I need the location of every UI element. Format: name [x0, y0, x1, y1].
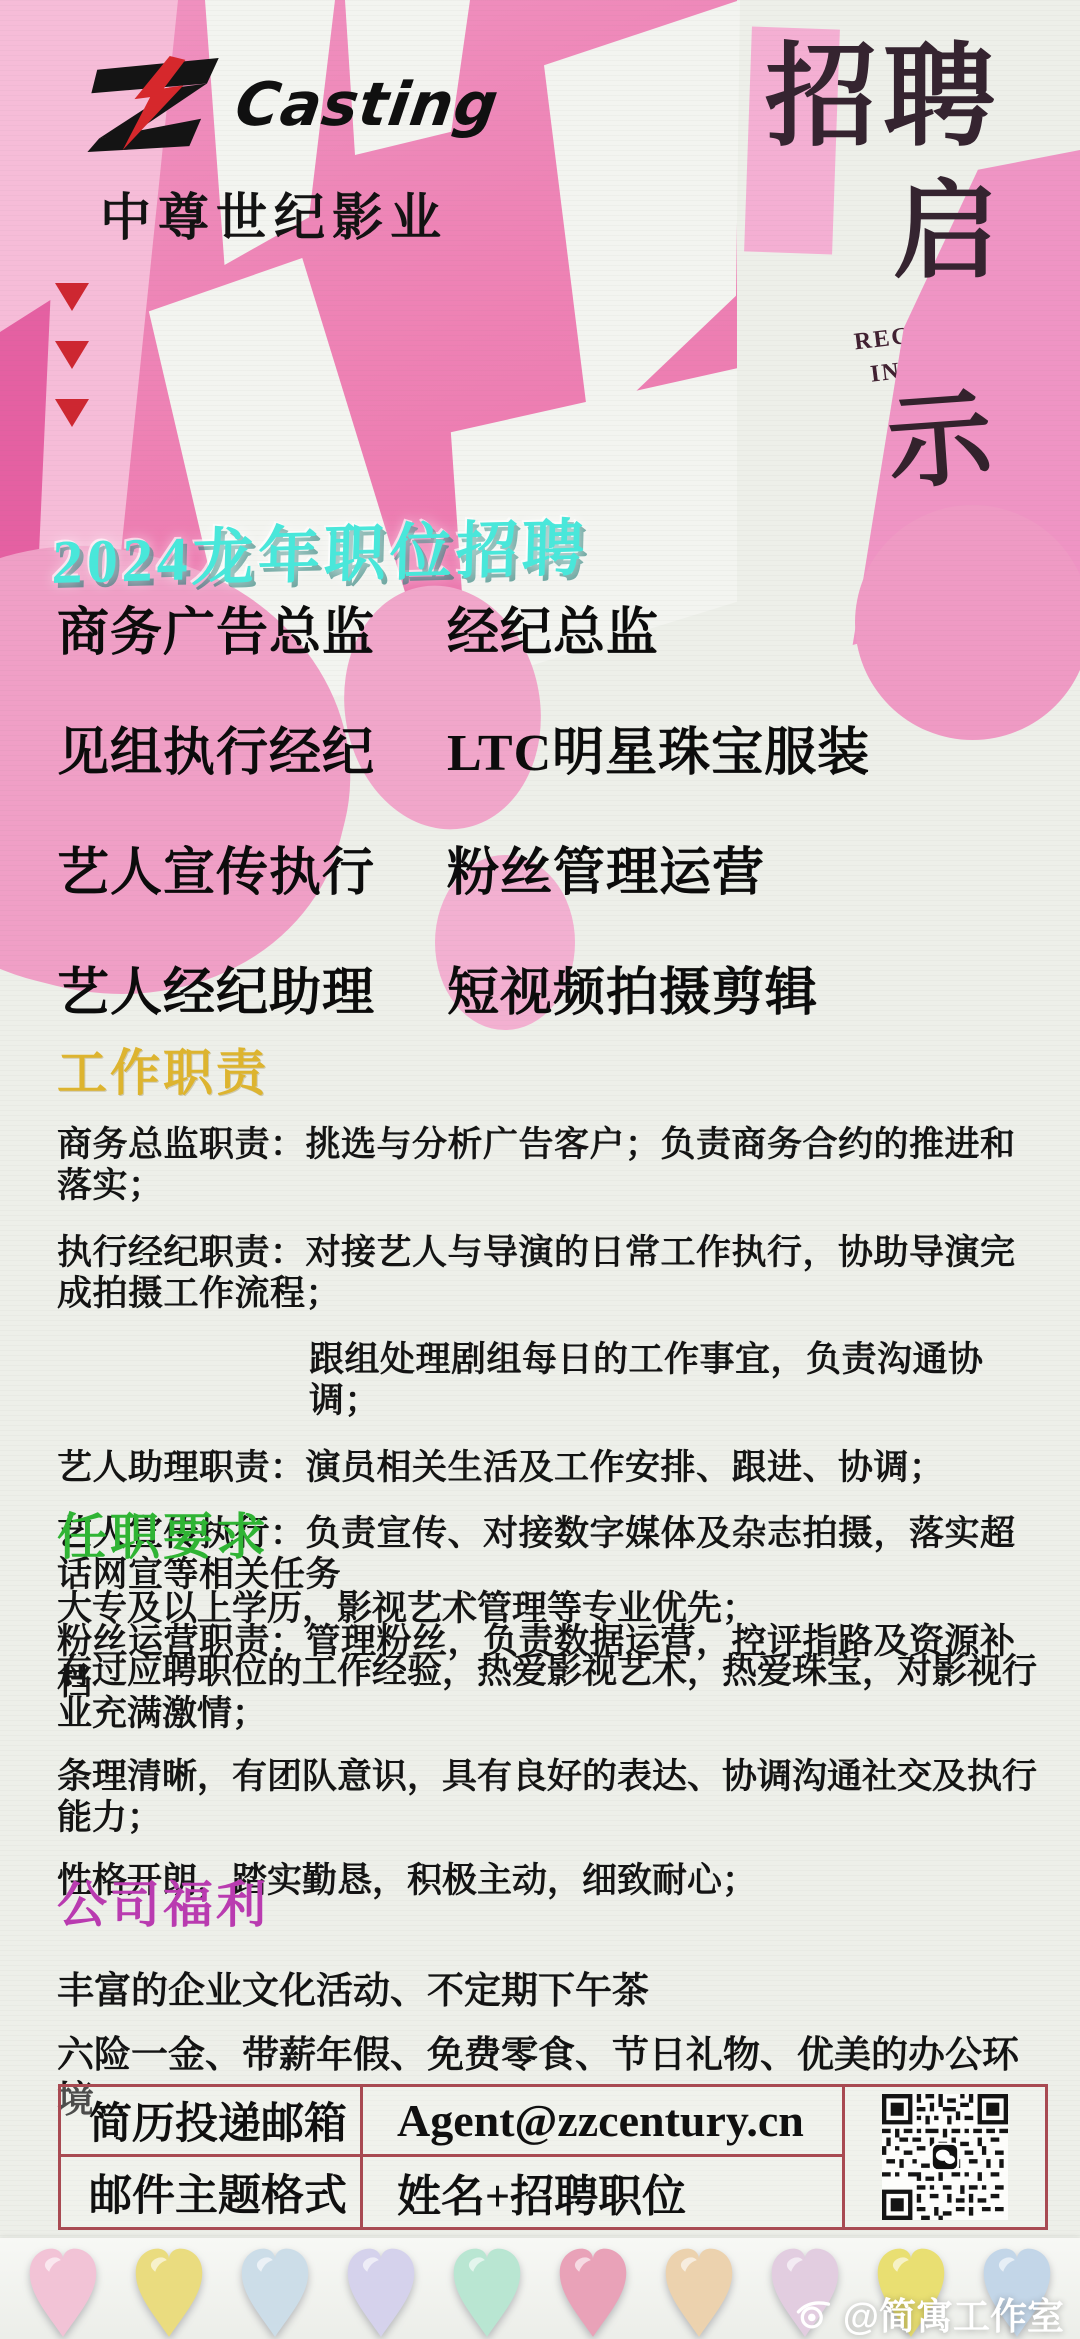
wechat-qr-code [845, 2087, 1045, 2227]
poster-title: 2024龙年职位招聘 [51, 498, 589, 601]
position-item: 艺人宣传执行 [57, 847, 447, 900]
positions-list: 商务广告总监 经纪总监 见组执行经纪 LTC明星珠宝服装 艺人宣传执行 粉丝管理… [57, 607, 1017, 1020]
requirement-line: 有过应聘职位的工作经验，热爱影视艺术，热爱珠宝，对影视行业充满激情； [57, 1651, 1047, 1734]
position-item: 经纪总监 [447, 607, 1017, 660]
position-item: 商务广告总监 [57, 607, 447, 660]
company-name: 中尊世纪影业 [100, 176, 448, 250]
heart-icon [126, 2245, 212, 2339]
responsibility-label: 执行经纪职责： [57, 1233, 306, 1272]
responsibility-line: 执行经纪职责：对接艺人与导演的日常工作执行，协助导演完成拍摄工作流程； [57, 1232, 1047, 1315]
position-item: 短视频拍摄剪辑 [447, 967, 1017, 1020]
benefits-header: 公司福利 [57, 1880, 1047, 1930]
heart-icon [20, 2245, 106, 2339]
responsibility-label: 艺人助理职责： [57, 1448, 306, 1487]
contact-subject-value: 姓名+招聘职位 [363, 2157, 845, 2227]
requirement-line: 大专及以上学历，影视艺术管理等专业优先； [57, 1588, 1047, 1629]
contact-label-email: 简历投递邮箱 [61, 2087, 363, 2157]
watermark: @简寓工作室 [794, 2286, 1064, 2339]
requirements-header: 任职要求 [57, 1512, 1047, 1562]
responsibilities-header: 工作职责 [57, 1048, 1047, 1098]
heart-icon [656, 2245, 742, 2339]
position-item: 粉丝管理运营 [447, 847, 1017, 900]
qr-code-icon [882, 2094, 1008, 2220]
position-item: 艺人经纪助理 [57, 967, 447, 1020]
requirements-section: 任职要求 大专及以上学历，影视艺术管理等专业优先； 有过应聘职位的工作经验，热爱… [57, 1512, 1047, 1924]
responsibility-line: 商务总监职责：挑选与分析广告客户；负责商务合约的推进和落实； [57, 1124, 1047, 1207]
responsibility-line-continued: 跟组处理剧组每日的工作事宜，负责沟通协调； [57, 1339, 1047, 1422]
contact-label-subject: 邮件主题格式 [61, 2157, 363, 2227]
responsibility-text: 演员相关生活及工作安排、跟进、协调； [306, 1448, 945, 1487]
masthead-qi: 启 [893, 180, 999, 286]
masthead-shi: 示 [884, 386, 995, 497]
masthead-zhaopin: 招聘 [765, 42, 1001, 154]
benefit-line: 丰富的企业文化活动、不定期下午茶 [57, 1970, 1047, 2014]
heart-icon [550, 2245, 636, 2339]
red-triangle-icon [55, 399, 89, 427]
responsibility-label: 商务总监职责： [57, 1125, 306, 1164]
requirement-line: 条理清晰，有团队意识，具有良好的表达、协调沟通社交及执行能力； [57, 1756, 1047, 1839]
contact-table: 简历投递邮箱 Agent@zzcentury.cn [58, 2084, 1048, 2230]
red-triangle-icon [55, 341, 89, 369]
heart-icon [338, 2245, 424, 2339]
wechat-icon [931, 2143, 960, 2172]
recruitment-poster: Casting 中尊世纪影业 招聘 启 Recruitment Inspirat… [0, 0, 1080, 2339]
logo-wordmark: Casting [231, 70, 503, 140]
z-lightning-logo-icon [82, 56, 232, 154]
watermark-text: @简寓工作室 [843, 2286, 1064, 2339]
company-logo: Casting [82, 56, 498, 154]
heart-icon [232, 2245, 318, 2339]
red-triangle-icon [55, 283, 89, 311]
weibo-eye-icon [794, 2296, 834, 2330]
heart-icon [444, 2245, 530, 2339]
responsibility-line: 艺人助理职责：演员相关生活及工作安排、跟进、协调； [57, 1447, 1047, 1488]
position-item: LTC明星珠宝服装 [447, 727, 1017, 780]
contact-email-value: Agent@zzcentury.cn [363, 2087, 845, 2157]
position-item: 见组执行经纪 [57, 727, 447, 780]
